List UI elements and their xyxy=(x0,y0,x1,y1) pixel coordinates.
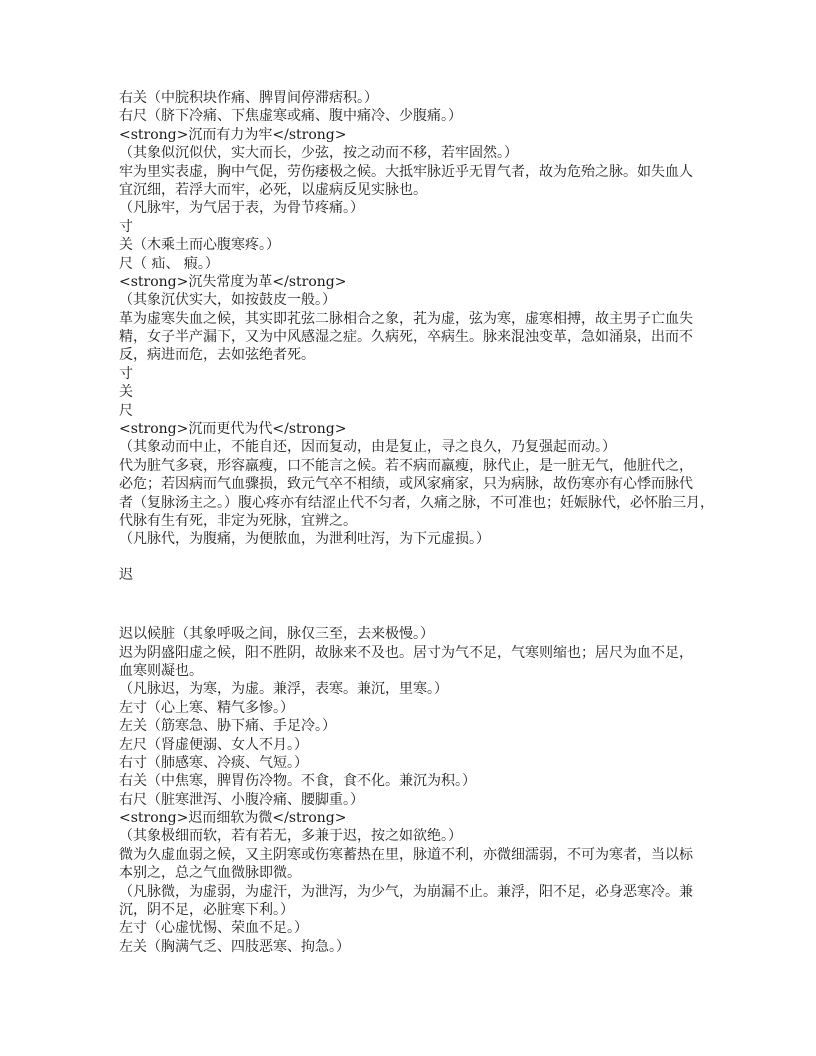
text-line: 反，病进而危，去如弦绝者死。 xyxy=(119,346,759,364)
text-line: 迟 xyxy=(119,566,759,584)
text-line: 者（复脉汤主之。）腹心疼亦有结涩止代不匀者，久痛之脉，不可准也；妊娠脉代，必怀胎… xyxy=(119,494,759,512)
text-line: （凡脉微，为虚弱，为虚汗，为泄泻，为少气，为崩漏不止。兼浮，阳不足，必身恶寒冷。… xyxy=(119,883,759,901)
text-line: 血寒则凝也。 xyxy=(119,662,759,680)
text-line: 左关（胸满气乏、四肢恶寒、拘急。） xyxy=(119,938,759,956)
text-line: 迟为阴盛阳虚之候，阳不胜阴，故脉来不及也。居寸为气不足，气寒则缩也；居尺为血不足… xyxy=(119,644,759,662)
text-line: 左关（筋寒急、胁下痛、手足冷。） xyxy=(119,717,759,735)
text-line: （其象似沉似伏，实大而长，少弦，按之动而不移，若牢固然。） xyxy=(119,144,759,162)
text-line: 尺 xyxy=(119,402,759,420)
text-line: 右尺（脏寒泄泻、小腹冷痛、腰脚重。） xyxy=(119,791,759,809)
text-line: 尺（ 疝、 瘕。） xyxy=(119,255,759,273)
text-line: <strong>沉而有力为牢</strong> xyxy=(119,126,759,144)
text-line: 右尺（脐下冷痛、下焦虚寒或痛、腹中痛冷、少腹痛。） xyxy=(119,107,759,125)
text-line: 必危；若因病而气血骤损，致元气卒不相绩，或风家痛家，只为病脉，故伤寒亦有心悸而脉… xyxy=(119,475,759,493)
text-block: 右关（中脘积块作痛、脾胃间停滞痞积。）右尺（脐下冷痛、下焦虚寒或痛、腹中痛冷、少… xyxy=(119,89,759,956)
text-line: 左寸（心上寒、精气多惨。） xyxy=(119,699,759,717)
text-line: （凡脉代，为腹痛，为便脓血，为泄利吐泻，为下元虚损。） xyxy=(119,530,759,548)
text-line: 寸 xyxy=(119,218,759,236)
document-page: 右关（中脘积块作痛、脾胃间停滞痞积。）右尺（脐下冷痛、下焦虚寒或痛、腹中痛冷、少… xyxy=(0,0,816,1056)
text-line: 右关（中焦寒，脾胃伤冷物。不食，食不化。兼沉为积。） xyxy=(119,772,759,790)
text-line: <strong>沉而更代为代</strong> xyxy=(119,420,759,438)
text-line: <strong>迟而细软为微</strong> xyxy=(119,809,759,827)
text-line: 代脉有生有死，非定为死脉，宜辨之。 xyxy=(119,512,759,530)
text-line: 革为虚寒失血之候，其实即芤弦二脉相合之象，芤为虚，弦为寒，虚寒相搏，故主男子亡血… xyxy=(119,310,759,328)
text-line: 寸 xyxy=(119,365,759,383)
text-line: 迟以候脏（其象呼吸之间，脉仅三至，去来极慢。） xyxy=(119,625,759,643)
text-line: 沉，阴不足，必脏寒下利。） xyxy=(119,901,759,919)
text-line: 右寸（肺感寒、冷痰、气短。） xyxy=(119,754,759,772)
text-line: （其象极细而软，若有若无，多兼于迟，按之如欲绝。） xyxy=(119,827,759,845)
text-line: 代为脏气多衰，形容羸瘦，口不能言之候。若不病而羸瘦，脉代止，是一脏无气，他脏代之… xyxy=(119,457,759,475)
text-line: （凡脉迟，为寒，为虚。兼浮，表寒。兼沉，里寒。） xyxy=(119,680,759,698)
text-line: 精，女子半产漏下，又为中风感湿之症。久病死，卒病生。脉来混浊变革，急如涌泉，出而… xyxy=(119,328,759,346)
text-line: 微为久虚血弱之候，又主阴寒或伤寒蓄热在里，脉道不利，亦微细濡弱，不可为寒者，当以… xyxy=(119,846,759,864)
text-line: 关（木乘土而心腹寒疼。） xyxy=(119,236,759,254)
text-line: （其象动而中止，不能自还，因而复动，由是复止，寻之良久，乃复强起而动。） xyxy=(119,438,759,456)
text-line: 牢为里实表虚，胸中气促，劳伤痿极之候。大抵牢脉近乎无胃气者，故为危殆之脉。如失血… xyxy=(119,163,759,181)
text-line: 本别之，总之气血微脉即微。 xyxy=(119,864,759,882)
text-line: 宜沉细，若浮大而牢，必死，以虚病反见实脉也。 xyxy=(119,181,759,199)
section-chi-heading: 迟 xyxy=(119,566,759,584)
text-line: <strong>沉失常度为革</strong> xyxy=(119,273,759,291)
section-chi-pulse: 迟以候脏（其象呼吸之间，脉仅三至，去来极慢。）迟为阴盛阳虚之候，阳不胜阴，故脉来… xyxy=(119,625,759,956)
text-line: 右关（中脘积块作痛、脾胃间停滞痞积。） xyxy=(119,89,759,107)
section-chen-pulse-types: 右关（中脘积块作痛、脾胃间停滞痞积。）右尺（脐下冷痛、下焦虚寒或痛、腹中痛冷、少… xyxy=(119,89,759,549)
text-line: 左尺（肾虚便溺、女人不月。） xyxy=(119,736,759,754)
text-line: （凡脉牢，为气居于表，为骨节疼痛。） xyxy=(119,199,759,217)
text-line: 关 xyxy=(119,383,759,401)
text-line: （其象沉伏实大，如按鼓皮一般。） xyxy=(119,291,759,309)
text-line: 左寸（心虚忧惕、荣血不足。） xyxy=(119,919,759,937)
